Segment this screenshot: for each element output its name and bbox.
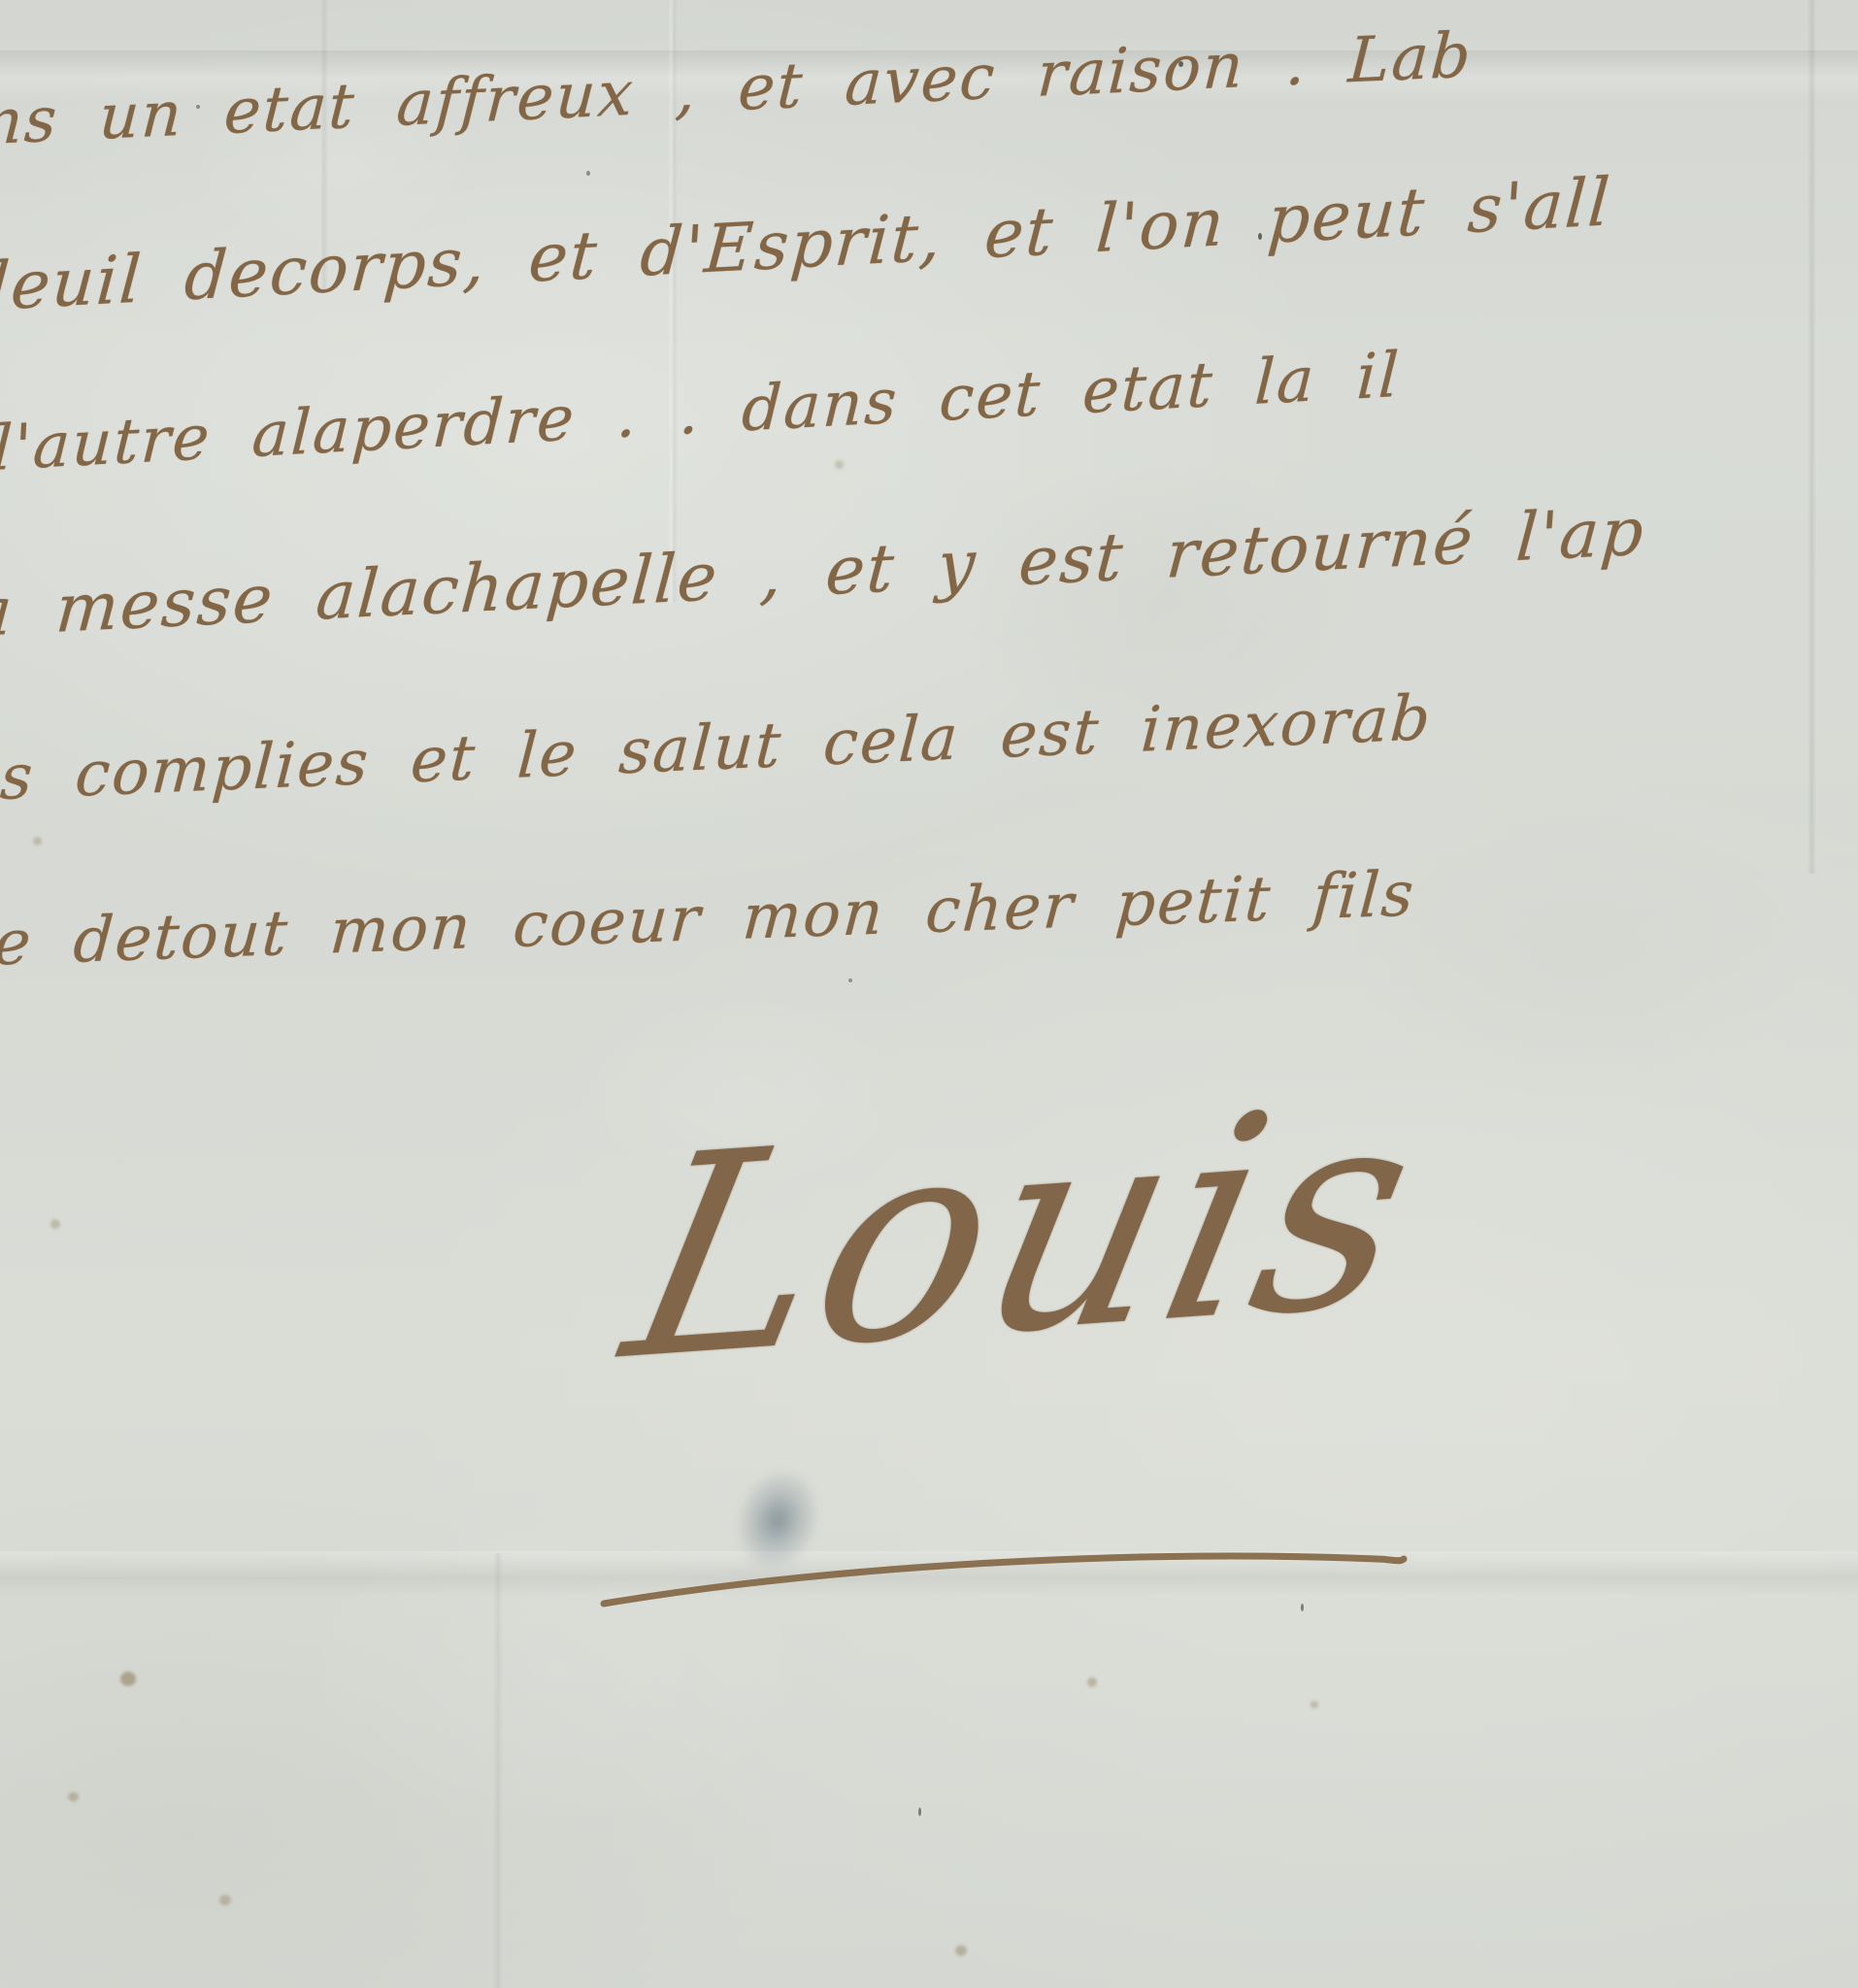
ink-smudge	[721, 1457, 833, 1582]
signature-underline	[594, 1520, 1415, 1627]
foxing-spot	[1087, 1677, 1097, 1687]
handwriting-line-6: sse detout mon coeur mon cher petit fils	[0, 858, 1417, 982]
handwriting-line-1: ans un etat affreux , et avec raison . L…	[0, 19, 1475, 161]
paper-speck	[1301, 1604, 1304, 1611]
foxing-spot	[68, 1792, 79, 1802]
foxing-spot	[219, 1895, 231, 1905]
handwriting-line-3: al'autre alaperdre . . dans cet etat la …	[0, 340, 1402, 487]
handwriting-line-5: res complies et le salut cela est inexor…	[0, 682, 1434, 817]
paper-speck	[196, 105, 200, 109]
paper-speck	[586, 171, 590, 176]
paper-speck	[1258, 233, 1262, 240]
paper-speck	[918, 1807, 921, 1816]
handwriting-line-2: deuil decorps, et d'Esprit, et l'on peut…	[0, 164, 1613, 327]
foxing-spot	[955, 1945, 967, 1956]
foxing-spot	[120, 1672, 136, 1686]
paper-speck	[848, 978, 852, 982]
foxing-spot	[835, 460, 844, 469]
letter-photograph: ans un etat affreux , et avec raison . L…	[0, 0, 1858, 1988]
paper-crease-vertical-right	[1808, 0, 1816, 874]
foxing-spot	[1311, 1701, 1318, 1708]
foxing-spot	[50, 1219, 60, 1229]
paper-speck	[1178, 61, 1183, 67]
paper-crease-vertical-bottom	[493, 1553, 503, 1988]
handwriting-line-4: la messe alachapelle , et y est retourné…	[0, 493, 1647, 653]
paper-crease-horizontal-lower	[0, 1551, 1858, 1596]
signature-louis: Louis	[610, 1068, 1438, 1400]
foxing-spot	[33, 837, 42, 845]
